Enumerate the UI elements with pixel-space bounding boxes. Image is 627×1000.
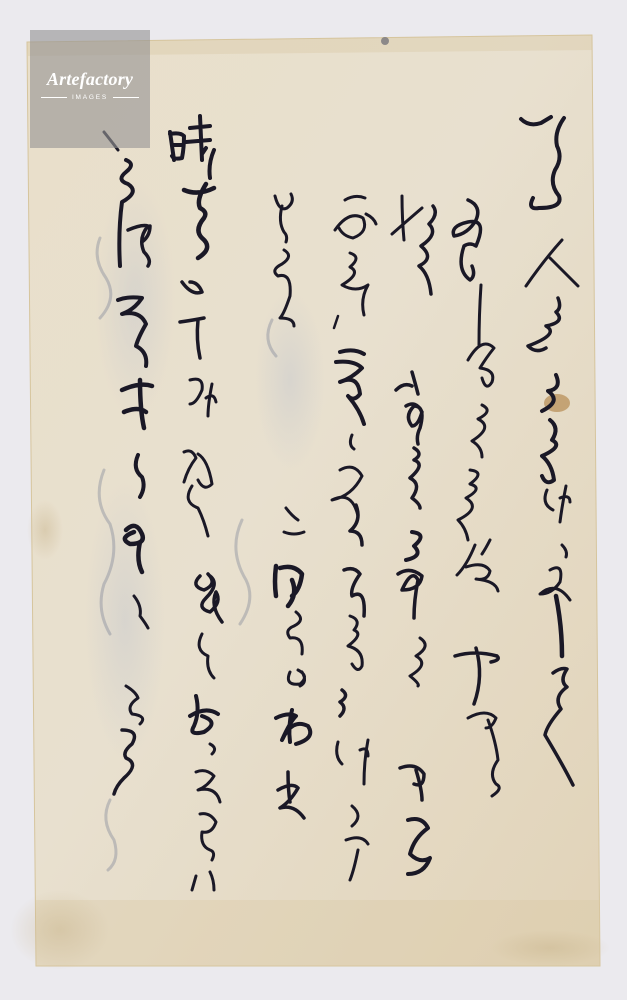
artwork-stage: Artefactory IMAGES [0, 0, 627, 1000]
divider-line [41, 97, 67, 98]
divider-line [113, 97, 139, 98]
watermark-badge: Artefactory IMAGES [30, 30, 150, 148]
watermark-subtitle-row: IMAGES [41, 94, 139, 101]
watermark-title: Artefactory [47, 69, 133, 90]
watermark-subtitle: IMAGES [72, 94, 108, 101]
manuscript-page [0, 0, 627, 1000]
